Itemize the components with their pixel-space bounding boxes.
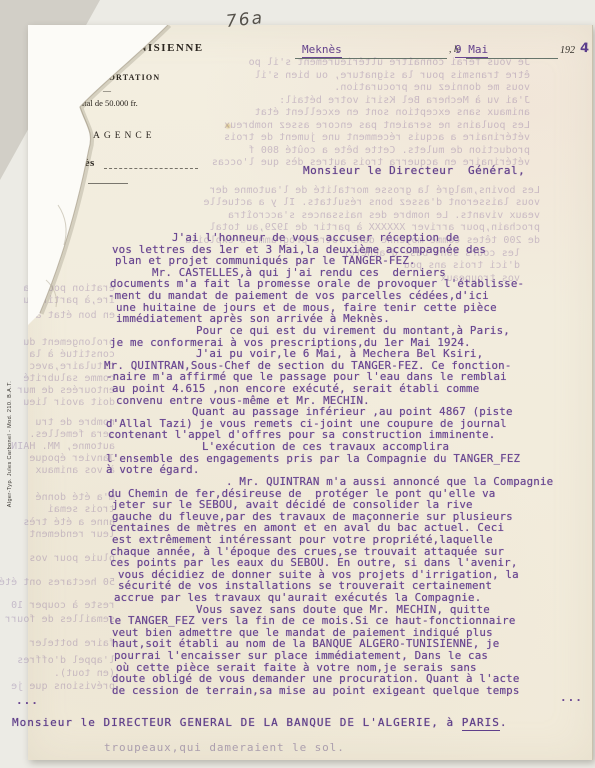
bleed-line: (en tout).: [30, 668, 115, 679]
bleed-line: Les bovins,malgré la grosse mortalité de…: [70, 185, 540, 196]
bleed-line: être transmis pour la signature, ou bien…: [130, 70, 530, 81]
body-line: à votre égard.: [106, 463, 200, 476]
bleed-line: leur rendement: [30, 529, 115, 540]
body-line: de cession de terrain,sa mise au point e…: [112, 684, 520, 697]
bleed-line: constitué à la: [30, 349, 115, 360]
scanned-letter-page: Je vous ferai connaître ultérieurement s…: [0, 0, 595, 768]
recipient-address-text: Monsieur le DIRECTEUR GENERAL DE LA BANQ…: [12, 716, 462, 729]
bleed-line: à vos animaux: [30, 465, 115, 476]
letterhead-exportation: EXPORTATION: [89, 73, 160, 82]
dateline-city: Meknès: [302, 43, 342, 58]
bleed-line: Janvier époque: [30, 453, 115, 464]
printer-imprint-vertical: Alger-Typ. Jules Carbonel - Mod. 210. B.…: [7, 364, 21, 524]
bleed-line: titulaire,avec: [30, 361, 115, 372]
dateline-year-printed: 192: [560, 45, 575, 56]
bleed-line: comme salubrité: [30, 373, 115, 384]
bleed-line: ire,à partir du: [30, 295, 115, 306]
bleed-line: 50 hectares ont été: [30, 577, 115, 588]
bleed-line: semailles de fourr: [30, 614, 115, 625]
dateline-rule: [295, 58, 447, 59]
bleed-line: sera femelles.: [30, 429, 115, 440]
recipient-address-line: Monsieur le DIRECTEUR GENERAL DE LA BANQ…: [12, 716, 507, 729]
bleed-line: reste à couper 10: [30, 600, 115, 611]
underlying-sheet-text: troupeaux,qui dameraient le sol.: [104, 741, 345, 754]
dateline-year-digit-handwritten: 4: [580, 41, 590, 56]
bleed-line: entourées de mur: [30, 385, 115, 396]
letterhead-agence: AGENCE: [93, 131, 156, 141]
dateline-rule: [466, 58, 558, 59]
bleed-line: vous me donniez une procuration.: [130, 82, 530, 93]
bleed-line: trois semai: [30, 504, 115, 515]
bleed-line: J'ai vu à Mechera Bel Ksiri votre bétail…: [130, 95, 530, 106]
bleed-line: prolongement du: [30, 337, 115, 348]
bleed-line: vous laisseront d'assez bons résultats. …: [70, 197, 540, 208]
bleed-line: Les poulains ne seraient pas encore asse…: [130, 120, 530, 131]
bleed-line: vétérinaire a acquis récemment une jumen…: [130, 132, 530, 143]
ellipsis-right: ...: [560, 691, 583, 704]
letterhead-city-dash: [88, 183, 128, 184]
letterhead-city: eknès: [66, 157, 95, 169]
recipient-period: .: [500, 716, 508, 729]
bleed-line: animaux sans exception sont en excellent…: [130, 107, 530, 118]
bleed-line: prévisions que je: [30, 681, 115, 692]
dateline-date: 9 Mai: [455, 43, 488, 58]
bleed-line: automne, MM. HAIN: [30, 441, 115, 452]
bleed-line: veaux vivants. Le nombre des naissances …: [70, 210, 540, 221]
bleed-line: faire botteler: [30, 638, 115, 649]
bleed-line: pluie pour vos: [30, 553, 115, 564]
bleed-line: ération pour la: [30, 283, 115, 294]
salutation: Monsieur le Directeur Général,: [303, 164, 525, 177]
pencil-page-number: 76a: [225, 8, 265, 32]
bleed-line: production de mulets. Cette bête a coûté…: [130, 145, 530, 156]
letterhead-city-rule: [104, 168, 198, 169]
bleed-line: en bon état à: [30, 310, 115, 321]
bleed-line: doit avoir lieu: [30, 397, 115, 408]
recipient-city-underlined: PARIS: [462, 716, 500, 731]
bleed-line: nombre de tru: [30, 417, 115, 428]
bleed-line: anne a été très: [30, 517, 115, 528]
bleed-line: m'a été donné: [30, 492, 115, 503]
bleed-line: l'appel d'offres: [30, 655, 115, 666]
letterhead-capital: au Capital de 50.000 fr.: [58, 98, 138, 108]
ellipsis-left: ...: [16, 694, 39, 707]
letterhead-dash: —: [103, 86, 111, 95]
letterhead-company-name: -TUNISIENNE: [115, 42, 204, 54]
letterhead-le: LE: [106, 61, 113, 67]
